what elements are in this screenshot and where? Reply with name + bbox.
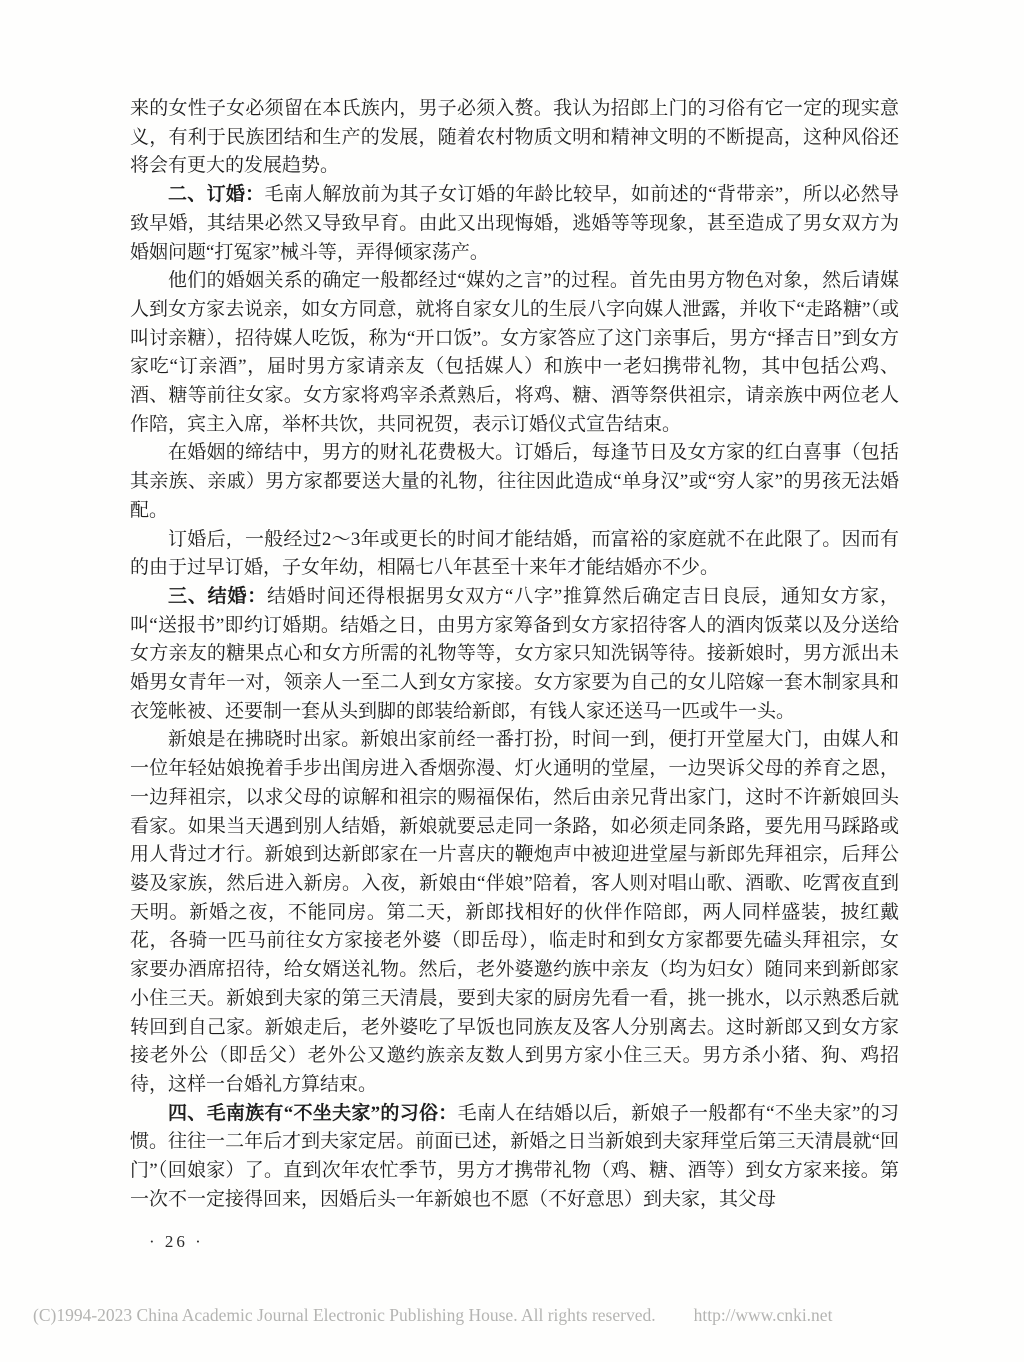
copyright-text: (C)1994-2023 China Academic Journal Elec… <box>33 1305 656 1325</box>
paragraph: 他们的婚姻关系的确定一般都经过“媒妁之言”的过程。首先由男方物色对象，然后请媒人… <box>130 267 899 439</box>
paragraph: 订婚后，一般经过2～3年或更长的时间才能结婚，而富裕的家庭就不在此限了。因而有的… <box>130 526 899 583</box>
paragraph: 三、结婚：结婚时间还得根据男女双方“八字”推算然后确定吉日良辰，通知女方家，叫“… <box>130 583 899 727</box>
scanned-document-page: 来的女性子女必须留在本氏族内，男子必须入赘。我认为招郎上门的习俗有它一定的现实意… <box>0 0 1024 1362</box>
paragraph: 二、订婚：毛南人解放前为其子女订婚的年龄比较早，如前述的“背带亲”，所以必然导致… <box>130 181 899 267</box>
section-heading: 四、毛南族有“不坐夫家”的习俗： <box>168 1103 458 1124</box>
document-body: 来的女性子女必须留在本氏族内，男子必须入赘。我认为招郎上门的习俗有它一定的现实意… <box>130 95 899 1214</box>
scan-footer: (C)1994-2023 China Academic Journal Elec… <box>33 1305 993 1326</box>
page-number: · 26 · <box>149 1232 204 1252</box>
paragraph-text: 他们的婚姻关系的确定一般都经过“媒妁之言”的过程。首先由男方物色对象，然后请媒人… <box>130 270 899 435</box>
section-heading: 三、结婚： <box>168 586 267 607</box>
paragraph: 新娘是在拂晓时出家。新娘出家前经一番打扮，时间一到，便打开堂屋大门，由媒人和一位… <box>130 726 899 1099</box>
paragraph: 在婚姻的缔结中，男方的财礼花费极大。订婚后，每逢节日及女方家的红白喜事（包括其亲… <box>130 439 899 525</box>
paragraph: 四、毛南族有“不坐夫家”的习俗：毛南人在结婚以后，新娘子一般都有“不坐夫家”的习… <box>130 1100 899 1215</box>
paragraph: 来的女性子女必须留在本氏族内，男子必须入赘。我认为招郎上门的习俗有它一定的现实意… <box>130 95 899 181</box>
paragraph-text: 来的女性子女必须留在本氏族内，男子必须入赘。我认为招郎上门的习俗有它一定的现实意… <box>130 98 899 176</box>
section-heading: 二、订婚： <box>168 184 264 205</box>
paragraph-text: 订婚后，一般经过2～3年或更长的时间才能结婚，而富裕的家庭就不在此限了。因而有的… <box>130 529 899 579</box>
footer-url: http://www.cnki.net <box>694 1305 833 1325</box>
paragraph-text: 新娘是在拂晓时出家。新娘出家前经一番打扮，时间一到，便打开堂屋大门，由媒人和一位… <box>130 729 899 1094</box>
paragraph-text: 在婚姻的缔结中，男方的财礼花费极大。订婚后，每逢节日及女方家的红白喜事（包括其亲… <box>130 442 899 520</box>
